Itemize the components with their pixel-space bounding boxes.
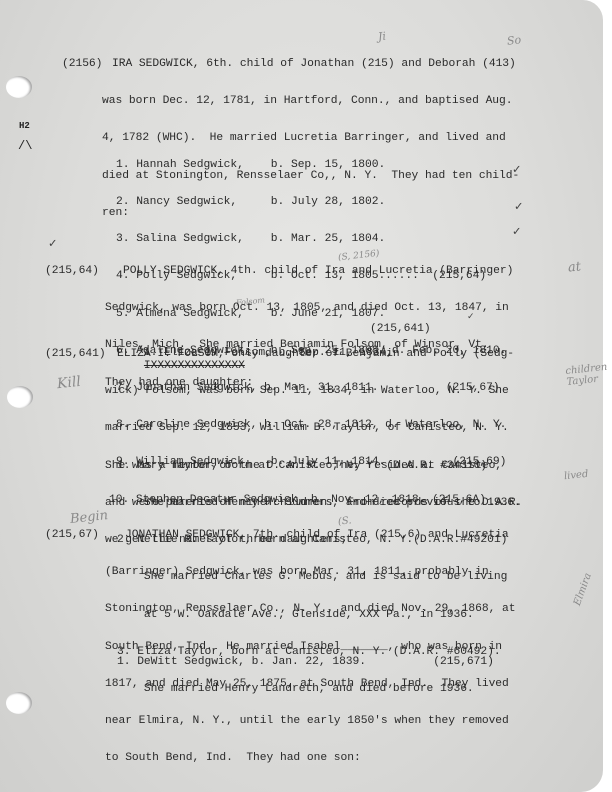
- child-detail: She married Henry H. Summers, and died p…: [117, 497, 521, 509]
- child-item: 1. Mary Taylor, born at Canisteo, N. Y. …: [117, 460, 521, 472]
- check-mark-icon: ✓: [467, 311, 475, 323]
- entry-heading-line: IRA SEDGWICK, 6th. child of Jonathan (21…: [112, 58, 516, 70]
- punch-hole: [6, 76, 32, 98]
- entry-ref: (215,67): [45, 529, 99, 541]
- handwritten-note: So: [506, 33, 521, 47]
- punch-hole: [7, 386, 33, 408]
- check-mark-icon: ✓: [512, 226, 521, 238]
- entry-heading-line: ELIZA I. FOLSOM, only daughter of Benjam…: [117, 348, 514, 360]
- check-mark-icon: ✓: [514, 201, 523, 213]
- child-item: 2. Nancy Sedgwick, b. July 28, 1802.: [116, 196, 506, 208]
- handwritten-note: Ji: [377, 30, 386, 44]
- caret-mark: /\: [18, 139, 32, 153]
- entry-jonathan-sedgwick: (215,67) JONATHAN SEDGWICK, 7th. child o…: [45, 529, 58, 591]
- child-item: 3. Salina Sedgwick, b. Mar. 25, 1804.: [116, 233, 506, 245]
- entry-ref: (215,641): [45, 348, 106, 360]
- section-code: H2: [19, 121, 30, 131]
- entry-heading-line: JONATHAN SEDGWICK, 7th. child of Ira (21…: [125, 529, 509, 541]
- check-mark-icon: ✓: [512, 164, 521, 176]
- child-item: 1. DeWitt Sedgwick, b. Jan. 22, 1839. (2…: [117, 656, 494, 668]
- handwritten-note: Kill: [56, 374, 81, 392]
- entry-heading-line: POLLY SEDGWICK, 4th. child of Ira and Lu…: [123, 265, 513, 277]
- punch-hole: [6, 692, 32, 714]
- child-ref: (215,641): [370, 323, 431, 335]
- entry-ira-sedgwick: (2156) IRA SEDGWICK, 6th. child of Jonat…: [62, 58, 75, 120]
- children-list: 1. DeWitt Sedgwick, b. Jan. 22, 1839. (2…: [117, 631, 494, 693]
- handwritten-note: at: [567, 259, 581, 275]
- entry-ref: (2156): [62, 58, 102, 70]
- entry-eliza-folsom: (215,641) ELIZA I. FOLSOM, only daughter…: [45, 348, 58, 410]
- child-item: 1. Hannah Sedgwick, b. Sep. 15, 1800.: [116, 159, 506, 171]
- entry-polly-sedgwick: (215,64) POLLY SEDGWICK, 4th. child of I…: [45, 265, 58, 339]
- handwritten-note: children Taylor: [565, 362, 607, 388]
- entry-ref: (215,64): [45, 265, 99, 277]
- check-mark-icon: ✓: [48, 238, 57, 250]
